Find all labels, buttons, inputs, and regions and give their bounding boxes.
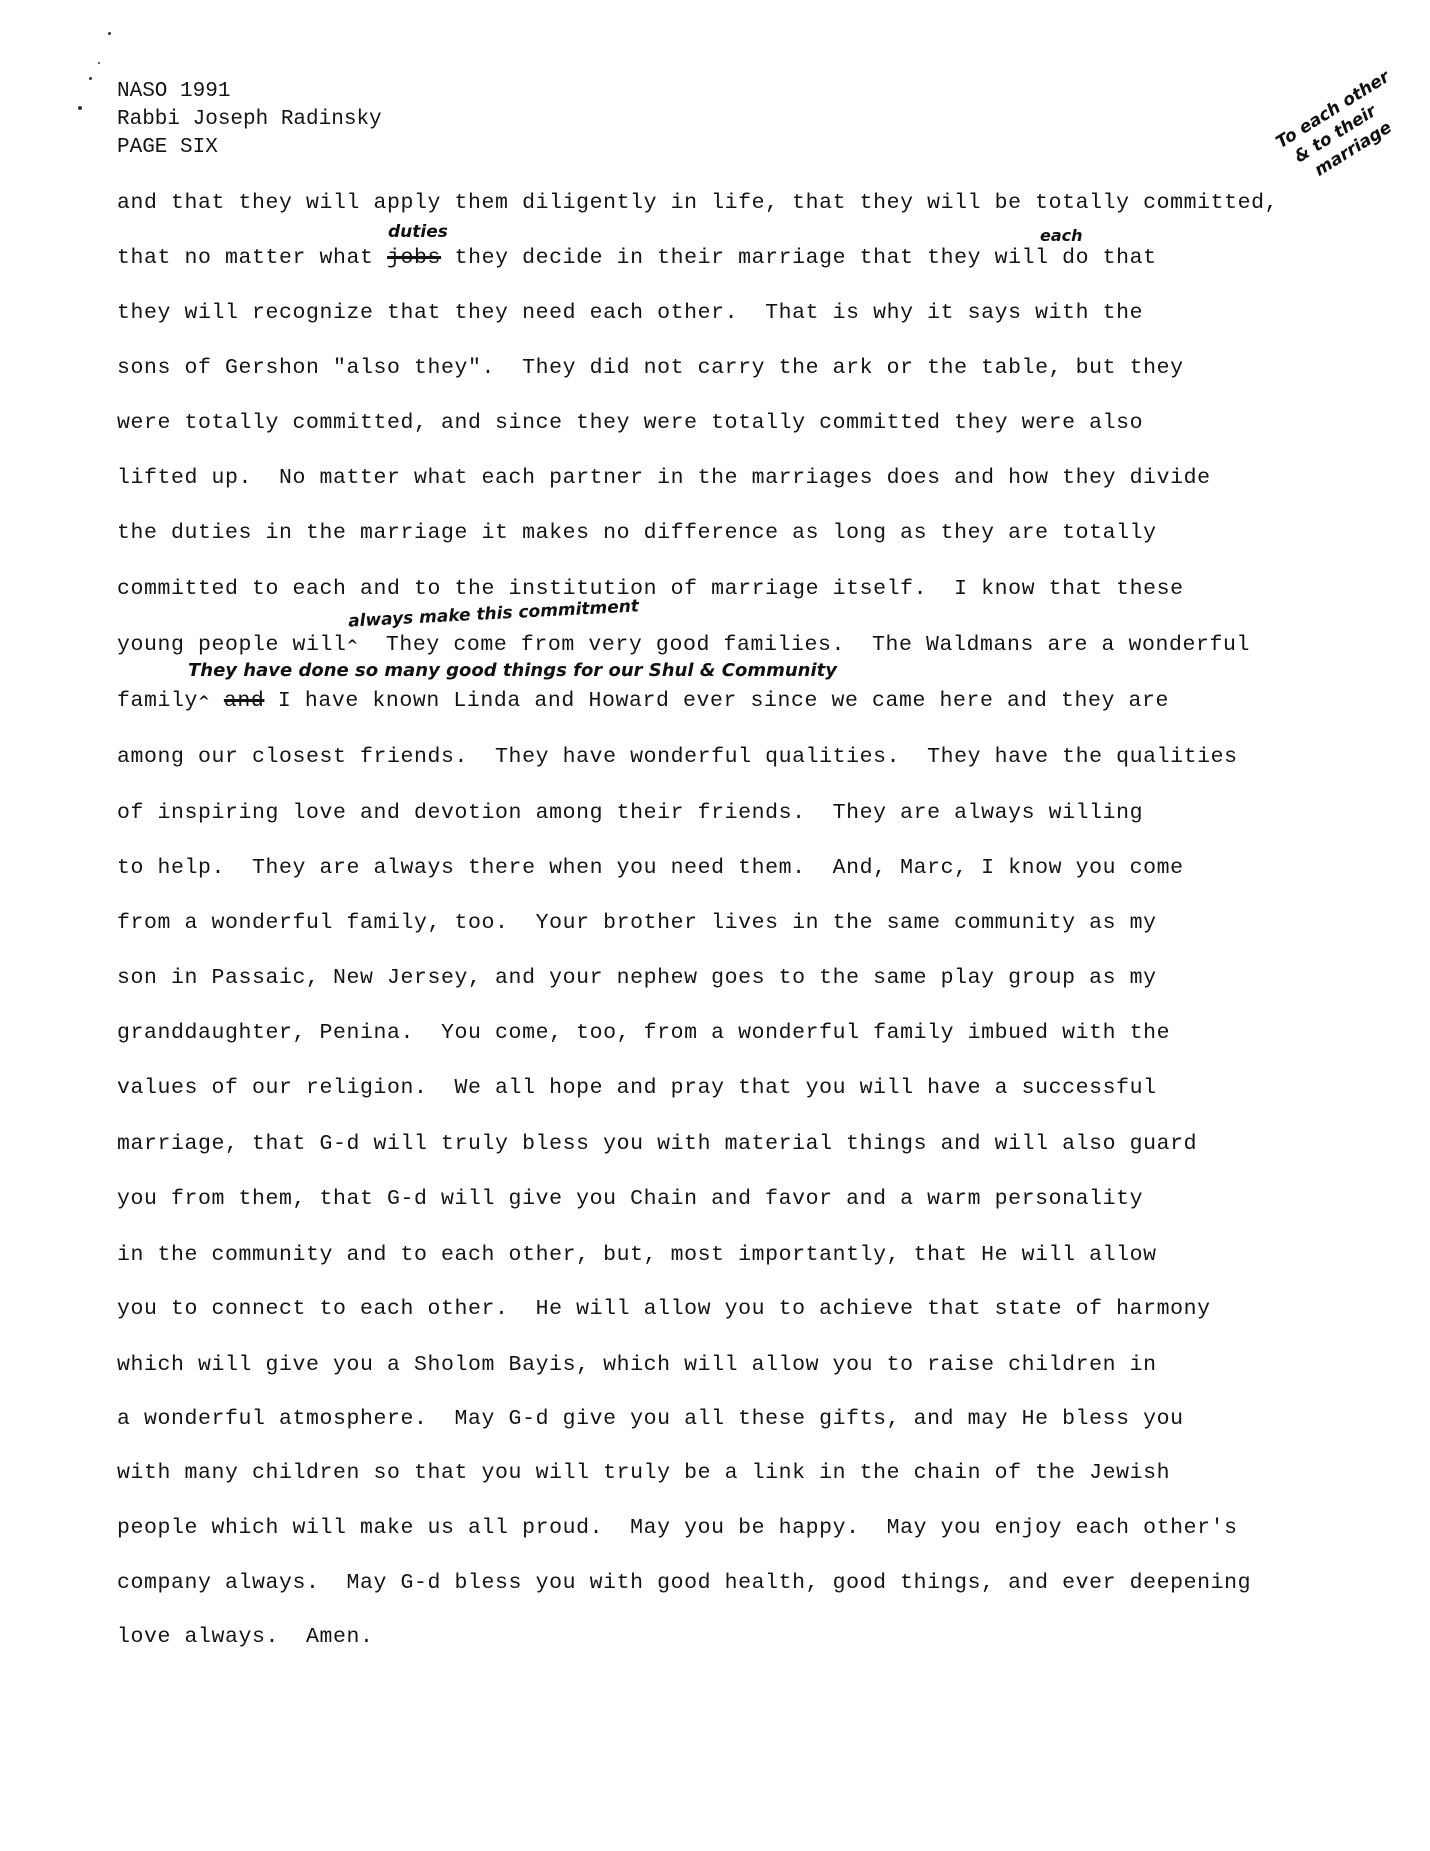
body-line: and that they will apply them diligently… <box>117 190 1278 216</box>
scan-speck <box>89 77 92 80</box>
handwritten-insert-community: They have done so many good things for o… <box>188 660 837 681</box>
body-line: granddaughter, Penina. You come, too, fr… <box>117 1020 1170 1046</box>
body-line: to help. They are always there when you … <box>117 855 1184 881</box>
body-line: people which will make us all proud. May… <box>117 1515 1238 1541</box>
body-line: a wonderful atmosphere. May G-d give you… <box>117 1406 1184 1432</box>
document-page: NASO 1991 Rabbi Joseph Radinsky PAGE SIX… <box>0 0 1430 1851</box>
body-text: young people will <box>117 633 347 657</box>
struck-word: jobs <box>387 246 441 270</box>
body-line: committed to each and to the institution… <box>117 576 1184 602</box>
body-line: lifted up. No matter what each partner i… <box>117 465 1211 491</box>
body-line: marriage, that G-d will truly bless you … <box>117 1131 1197 1157</box>
scan-speck <box>98 62 100 64</box>
handwritten-insert-each: each <box>1040 226 1083 245</box>
body-text: family <box>117 689 198 713</box>
body-line: they will recognize that they need each … <box>117 300 1143 326</box>
body-line: you from them, that G-d will give you Ch… <box>117 1186 1143 1212</box>
body-line: with many children so that you will trul… <box>117 1460 1170 1486</box>
margin-note: To each other & to their marriage <box>1272 66 1417 191</box>
body-line: love always. Amen. <box>117 1624 374 1650</box>
header-title: NASO 1991 <box>117 80 230 104</box>
body-line: in the community and to each other, but,… <box>117 1242 1157 1268</box>
header-author: Rabbi Joseph Radinsky <box>117 108 382 132</box>
handwritten-insert-duties: duties <box>388 222 448 242</box>
body-line: son in Passaic, New Jersey, and your nep… <box>117 965 1157 991</box>
body-line: you to connect to each other. He will al… <box>117 1296 1211 1322</box>
header-page: PAGE SIX <box>117 136 218 160</box>
body-text: they decide in their marriage that they … <box>441 246 1157 270</box>
body-line: from a wonderful family, too. Your broth… <box>117 910 1157 936</box>
body-line: of inspiring love and devotion among the… <box>117 800 1143 826</box>
body-line: which will give you a Sholom Bayis, whic… <box>117 1352 1157 1378</box>
body-line: that no matter what jobs they decide in … <box>117 245 1157 271</box>
insert-caret: ^ <box>198 694 210 710</box>
scan-speck <box>108 32 111 35</box>
body-text: I have known Linda and Howard ever since… <box>264 689 1169 713</box>
body-line: values of our religion. We all hope and … <box>117 1075 1157 1101</box>
body-line: the duties in the marriage it makes no d… <box>117 520 1157 546</box>
struck-word: and <box>224 689 265 713</box>
scan-speck <box>78 106 82 110</box>
body-line: sons of Gershon "also they". They did no… <box>117 355 1184 381</box>
body-line: company always. May G-d bless you with g… <box>117 1570 1251 1596</box>
body-text: that no matter what <box>117 246 387 270</box>
insert-caret: ^ <box>347 638 359 654</box>
body-line: family^ and I have known Linda and Howar… <box>117 688 1169 715</box>
body-line: young people will^ They come from very g… <box>117 632 1250 659</box>
body-text: They come from very good families. The W… <box>359 633 1250 657</box>
body-line: among our closest friends. They have won… <box>117 744 1238 770</box>
body-line: were totally committed, and since they w… <box>117 410 1143 436</box>
